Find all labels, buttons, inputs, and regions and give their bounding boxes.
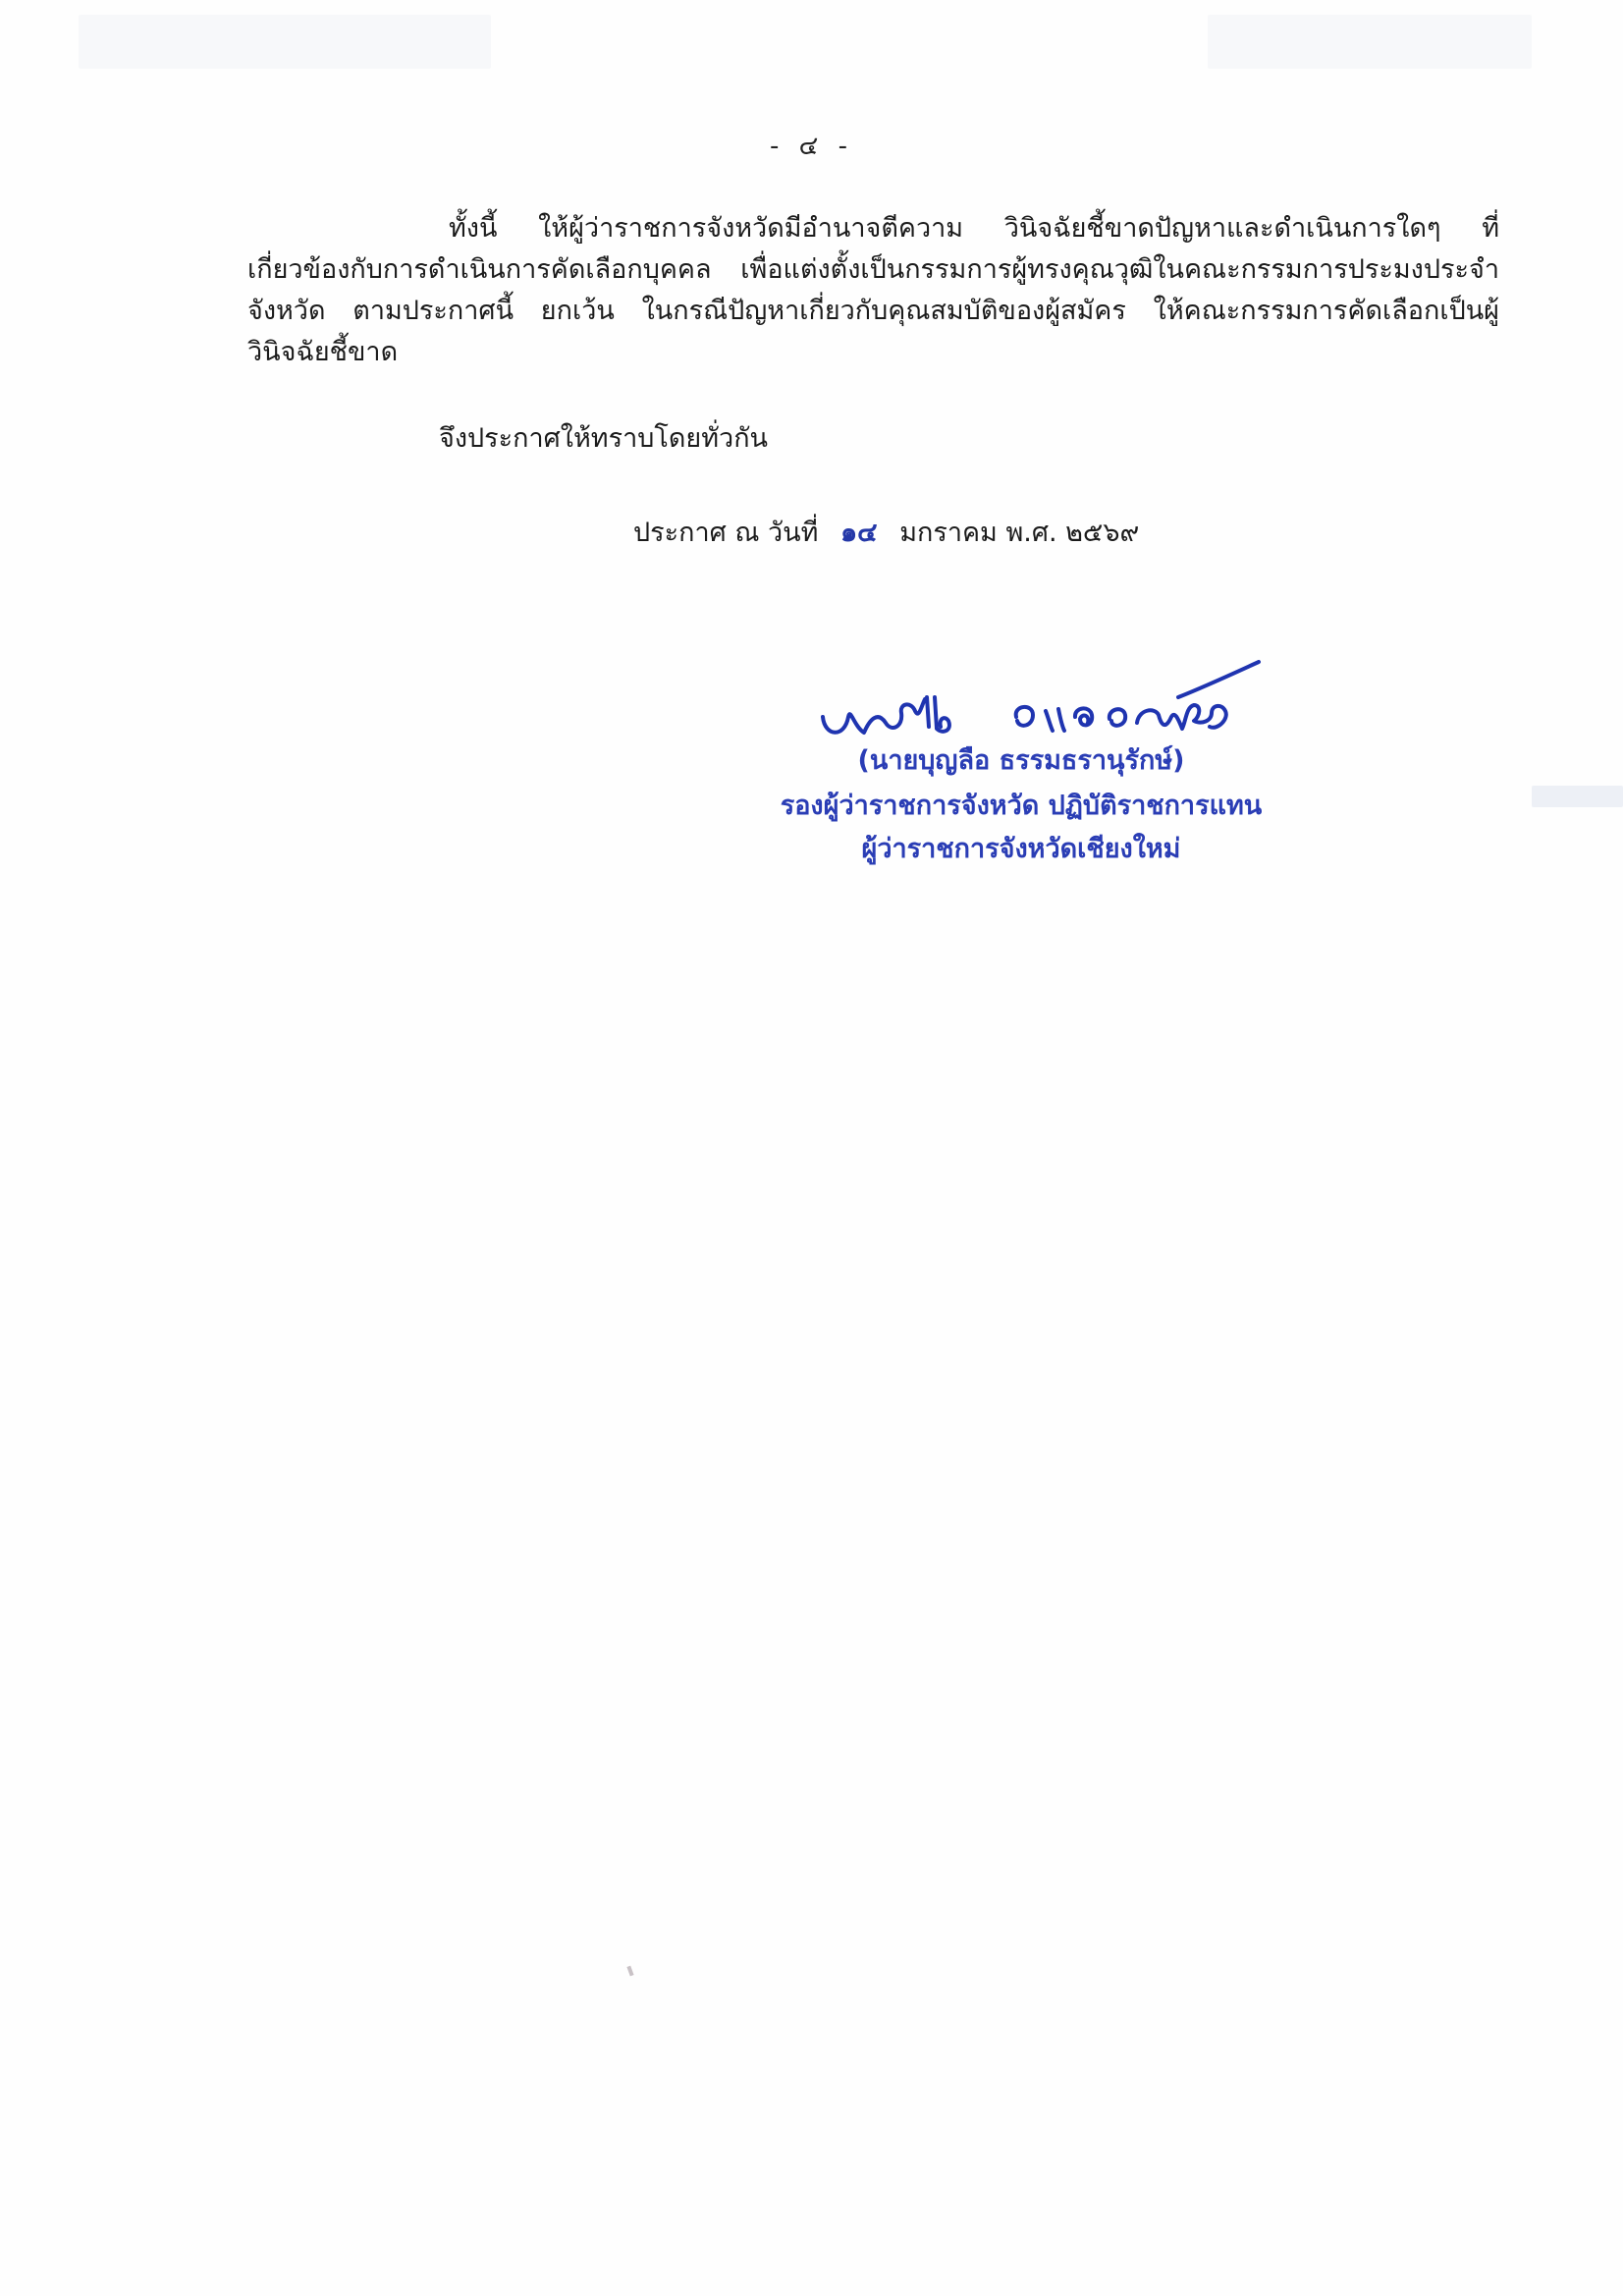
scan-artifact (1208, 15, 1532, 69)
paragraph: ทั้งนี้ ให้ผู้ว่าราชการจังหวัดมีอำนาจตีค… (247, 208, 1499, 373)
date-line: ประกาศ ณ วันที่ ๑๔ มกราคม พ.ศ. ๒๕๖๙ (633, 514, 1139, 553)
date-prefix: ประกาศ ณ วันที่ (633, 518, 818, 548)
signer-name: (นายบุญลือ ธรรมธรานุรักษ์) (766, 738, 1276, 781)
signer-title: รองผู้ว่าราชการจังหวัด ปฏิบัติราชการแทน (766, 784, 1276, 826)
signer-title-2: ผู้ว่าราชการจังหวัดเชียงใหม่ (766, 827, 1276, 869)
date-day: ๑๔ (840, 518, 878, 548)
scan-artifact (1532, 786, 1623, 807)
date-month-year: มกราคม พ.ศ. ๒๕๖๙ (899, 518, 1139, 548)
body-text: ทั้งนี้ ให้ผู้ว่าราชการจังหวัดมีอำนาจตีค… (247, 208, 1499, 373)
page-number: - ๔ - (0, 126, 1623, 166)
scan-artifact (79, 15, 491, 69)
announcement-line: จึงประกาศให้ทราบโดยทั่วกัน (439, 419, 768, 459)
scan-artifact (626, 1966, 633, 1977)
document-page: - ๔ - ทั้งนี้ ให้ผู้ว่าราชการจังหวัดมีอำ… (0, 0, 1623, 2296)
